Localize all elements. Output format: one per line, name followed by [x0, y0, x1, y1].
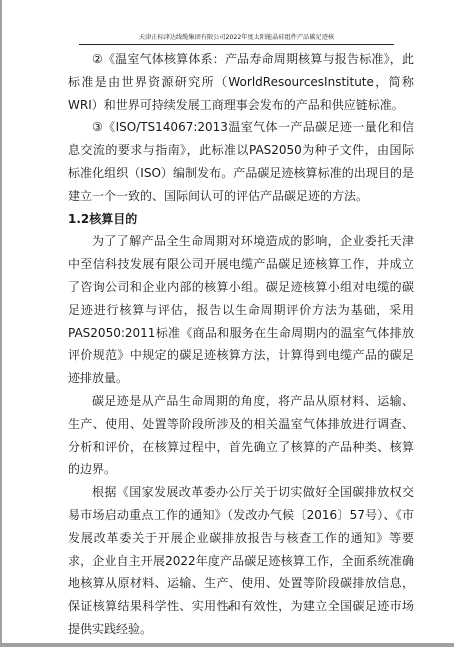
paragraph-basis: 根据《国家发展改革委办公厅关于切实做好全国碳排放权交易市场启动重点工作的通知》（… — [68, 481, 414, 641]
document-body: ②《温室气体核算体系：产品寿命周期核算与报告标准》，此标准是由世界资源研究所（W… — [68, 48, 414, 641]
page-number: 4 — [2, 604, 454, 612]
running-header: 天津正标津达线缆集团有限公司2022年度太阳能晶硅组件产品碳足迹核 — [79, 32, 394, 41]
header-divider — [79, 44, 394, 45]
document-page: 天津正标津达线缆集团有限公司2022年度太阳能晶硅组件产品碳足迹核 ②《温室气体… — [2, 0, 454, 643]
section-heading: 1.2核算目的 — [68, 208, 414, 231]
paragraph-standard-ghg-protocol: ②《温室气体核算体系：产品寿命周期核算与报告标准》，此标准是由世界资源研究所（W… — [68, 48, 414, 116]
paragraph-carbon-footprint-definition: 碳足迹是从产品生命周期的角度，将产品从原材料、运输、生产、使用、处置等阶段所涉及… — [68, 390, 414, 481]
paragraph-standard-iso14067: ③《ISO/TS14067:2013温室气体一产品碳足迹一量化和信息交流的要求与… — [68, 116, 414, 207]
paragraph-purpose: 为了了解产品全生命周期对环境造成的影响，企业委托天津中至信科技发展有限公司开展电… — [68, 230, 414, 390]
viewer-background-strip — [0, 643, 454, 647]
